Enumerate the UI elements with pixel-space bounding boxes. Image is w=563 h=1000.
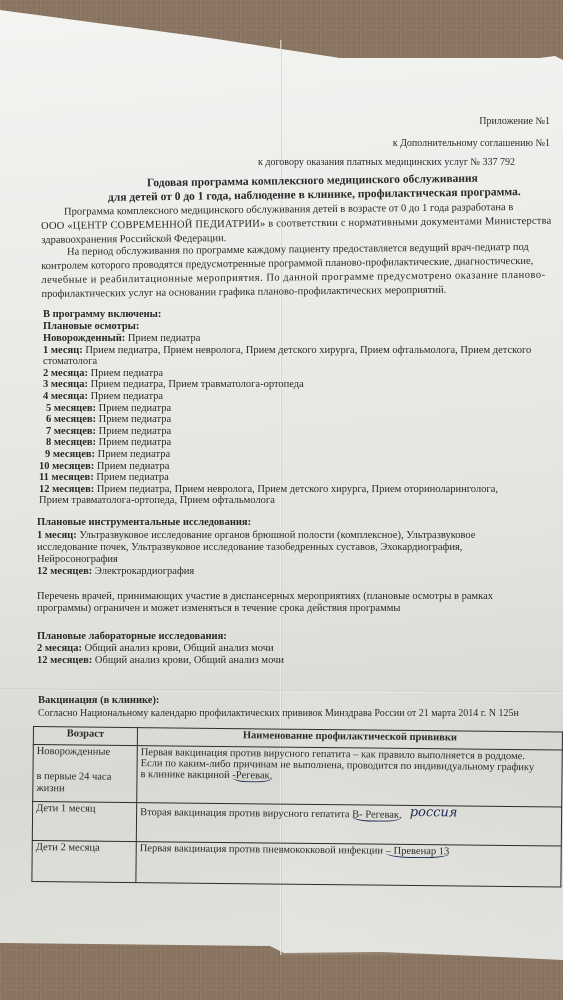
item-age: 6 месяцев:	[46, 414, 99, 425]
age-label: Дети 1 месяц	[36, 803, 95, 815]
item-text: Общий анализ крови, Общий анализ мочи	[95, 655, 284, 666]
item-age: 2 месяца:	[37, 643, 85, 654]
list-item: Новорожденный: Прием педиатра	[43, 333, 200, 345]
intro-line: профилактических услуг на основании граф…	[41, 285, 446, 301]
age-note: в первые 24 часа жизни	[36, 771, 133, 796]
doctors-note-line1: Перечень врачей, принимающих участие в д…	[37, 591, 493, 603]
vaccination-heading: Вакцинация (в клинике):	[38, 695, 159, 707]
instrumental-heading: Плановые инструментальные исследования:	[37, 517, 251, 529]
item-text: Прием педиатра	[99, 414, 172, 425]
list-item: 1 месяц: Прием педиатра, Прием невролога…	[43, 345, 531, 357]
item-age: 7 месяцев:	[46, 426, 99, 437]
intro-line: лечебные и реабилитационные мероприятия.…	[41, 270, 545, 287]
item-text: Прием педиатра	[99, 426, 172, 437]
item-age: 11 месяцев:	[39, 472, 96, 483]
item-age: 10 месяцев:	[39, 461, 97, 472]
handwritten-note: россия	[410, 805, 458, 820]
table-row: Дети 2 месяцаПервая вакцинация против пн…	[32, 840, 561, 887]
cell-vaccine: Вторая вакцинация против вирусного гепат…	[136, 803, 561, 846]
vaccination-subheading: Согласно Национальному календарю профила…	[38, 708, 519, 720]
age-label: Новорожденные	[37, 746, 111, 758]
table-row: Новорожденныев первые 24 часа жизниПерва…	[33, 745, 563, 808]
underlined-vaccine-name: В- Регевак.	[352, 809, 402, 822]
item-text: Прием педиатра	[99, 437, 172, 448]
vaccine-text: Вторая вакцинация против вирусного гепат…	[140, 807, 352, 820]
list-item: 8 месяцев: Прием педиатра	[46, 437, 171, 449]
list-item: 2 месяца: Прием педиатра	[43, 368, 163, 380]
column-header-age: Возраст	[33, 727, 137, 746]
list-item: 11 месяцев: Прием педиатра	[39, 472, 169, 484]
item-text: Прием педиатра	[99, 403, 172, 414]
item-age: 2 месяца:	[43, 368, 91, 379]
item-age: 12 месяцев:	[37, 566, 95, 577]
supplement-label: к Дополнительному соглашению №1	[250, 138, 550, 150]
item-age: 3 месяца:	[43, 379, 91, 390]
item-continuation: исследование почек, Ультразвуковое иссле…	[37, 542, 462, 554]
cell-age: Дети 2 месяца	[32, 840, 136, 882]
item-age: 1 месяц:	[43, 345, 85, 356]
item-text: Прием педиатра	[97, 461, 170, 472]
document-content: Приложение №1 к Дополнительному соглашен…	[0, 0, 563, 1000]
list-item: 4 месяца: Прием педиатра	[43, 391, 163, 403]
item-text: Общий анализ крови, Общий анализ мочи	[85, 643, 274, 654]
item-continuation: Нейросонография	[37, 554, 118, 566]
item-text: Прием педиатра, Прием невролога, Прием д…	[97, 484, 498, 495]
item-text: Ультразвуковое исследование органов брюш…	[79, 530, 475, 541]
table-row: Дети 1 месяцВторая вакцинация против вир…	[32, 802, 561, 847]
cell-age: Новорожденныев первые 24 часа жизни	[33, 745, 138, 803]
age-label: Дети 2 месяца	[36, 842, 100, 854]
item-age: 8 месяцев:	[46, 437, 99, 448]
item-age: 1 месяц:	[37, 530, 79, 541]
included-heading: В программу включены:	[43, 309, 161, 321]
cell-vaccine: Первая вакцинация против вирусного гепат…	[137, 746, 563, 807]
vaccine-text: в клинике вакциной	[140, 769, 232, 781]
list-item: 6 месяцев: Прием педиатра	[46, 414, 171, 426]
vaccination-table: Возраст Наименование профилактической пр…	[31, 726, 563, 888]
cell-age: Дети 1 месяц	[32, 802, 136, 842]
item-text: Прием педиатра	[128, 333, 201, 344]
item-text: Прием педиатра, Прием невролога, Прием д…	[85, 345, 531, 356]
list-item: 12 месяцев: Электрокардиография	[37, 566, 194, 578]
cell-vaccine: Первая вакцинация против пневмококковой …	[136, 842, 561, 887]
item-text: Прием педиатра	[98, 449, 171, 460]
lab-heading: Плановые лабораторные исследования:	[37, 631, 227, 643]
item-age: 12 месяцев:	[39, 484, 97, 495]
item-text: Электрокардиография	[95, 566, 194, 577]
checkups-heading: Плановые осмотры:	[43, 321, 139, 333]
item-age: 4 месяца:	[43, 391, 91, 402]
list-item: 2 месяца: Общий анализ крови, Общий анал…	[37, 643, 274, 655]
intro-line: ООО «ЦЕНТР СОВРЕМЕННОЙ ПЕДИАТРИИ» в соот…	[41, 216, 551, 233]
list-item: 1 месяц: Ультразвуковое исследование орг…	[37, 530, 475, 542]
item-text: Прием педиатра	[96, 472, 169, 483]
underlined-vaccine-name: – Превенар 13	[386, 846, 450, 859]
item-text: Прием педиатра, Прием травматолога-ортоп…	[91, 379, 304, 390]
contract-label: к договору оказания платных медицинских …	[258, 157, 515, 169]
list-item: 10 месяцев: Прием педиатра	[39, 461, 169, 473]
underlined-vaccine-name: -Регевак.	[232, 770, 272, 782]
vaccine-text: Первая вакцинация против пневмококковой …	[140, 843, 386, 857]
doctors-note-line2: программы) ограничен и может изменяться …	[37, 603, 400, 615]
item-age: Новорожденный:	[43, 333, 128, 344]
item-age: 9 месяцев:	[45, 449, 98, 460]
item-age: 12 месяцев:	[37, 655, 95, 666]
item-text: Прием педиатра	[91, 391, 164, 402]
item-continuation: стоматолога	[43, 356, 97, 368]
item-text: Прием педиатра	[91, 368, 164, 379]
appendix-label: Приложение №1	[300, 116, 550, 128]
list-item: 3 месяца: Прием педиатра, Прием травмато…	[43, 379, 304, 391]
list-item: 12 месяцев: Прием педиатра, Прием неврол…	[39, 484, 498, 496]
item-age: 5 месяцев:	[46, 403, 99, 414]
list-item: 9 месяцев: Прием педиатра	[45, 449, 170, 461]
list-item: 5 месяцев: Прием педиатра	[46, 403, 171, 415]
item-continuation: Прием травматолога-ортопеда, Прием офтал…	[39, 495, 275, 507]
list-item: 7 месяцев: Прием педиатра	[46, 426, 171, 438]
list-item: 12 месяцев: Общий анализ крови, Общий ан…	[37, 655, 284, 667]
